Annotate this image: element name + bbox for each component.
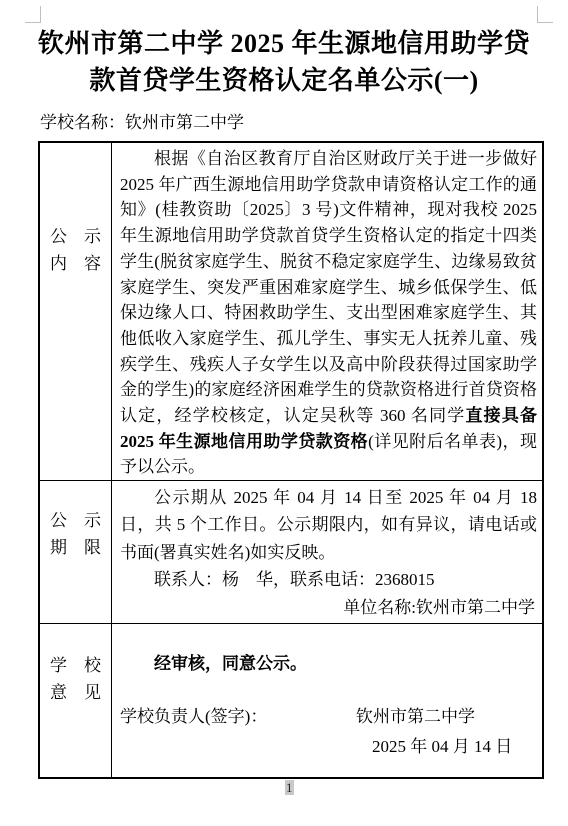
- notice-period-paragraph: 公示期从 2025 年 04 月 14 日至 2025 年 04 月 18 日，…: [120, 481, 537, 566]
- contact-line: 联系人：杨 华，联系电话：2368015: [120, 566, 537, 593]
- unit-name-line: 单位名称:钦州市第二中学: [120, 593, 537, 622]
- signature-label: 学校负责人(签字)：: [120, 707, 267, 726]
- row-label-line: 内 容: [40, 250, 111, 277]
- row-label-line: 公 示: [40, 223, 111, 250]
- table-row-notice-content: 公 示 内 容 根据《自治区教育厅自治区财政厅关于进一步做好 2025 年广西生…: [39, 142, 543, 481]
- page-number-field: 1: [285, 780, 294, 795]
- margin-crop-mark-top-left: [25, 6, 41, 23]
- notice-table: 公 示 内 容 根据《自治区教育厅自治区财政厅关于进一步做好 2025 年广西生…: [38, 141, 544, 779]
- notice-content-paragraph: 根据《自治区教育厅自治区财政厅关于进一步做好 2025 年广西生源地信用助学贷款…: [120, 143, 537, 480]
- notice-content-cell: 根据《自治区教育厅自治区财政厅关于进一步做好 2025 年广西生源地信用助学贷款…: [112, 142, 544, 481]
- row-label-notice-period: 公 示 期 限: [39, 481, 112, 624]
- notice-period-cell: 公示期从 2025 年 04 月 14 日至 2025 年 04 月 18 日，…: [112, 481, 544, 624]
- row-label-notice-content: 公 示 内 容: [39, 142, 112, 481]
- row-label-line: 公 示: [40, 507, 111, 534]
- row-label-school-opinion: 学 校 意 见: [39, 624, 112, 778]
- notice-content-text: 根据《自治区教育厅自治区财政厅关于进一步做好 2025 年广西生源地信用助学贷款…: [120, 149, 537, 425]
- row-label-line: 期 限: [40, 534, 111, 561]
- row-label-line: 学 校: [40, 652, 111, 679]
- margin-crop-mark-top-right: [537, 6, 553, 23]
- signature-line: 学校负责人(签字)： 钦州市第二中学: [120, 706, 537, 728]
- table-row-notice-period: 公 示 期 限 公示期从 2025 年 04 月 14 日至 2025 年 04…: [39, 481, 543, 624]
- row-label-line: 意 见: [40, 679, 111, 706]
- page-title: 钦州市第二中学 2025 年生源地信用助学贷款首贷学生资格认定名单公示(一): [34, 25, 534, 99]
- opinion-statement: 经审核，同意公示。: [120, 653, 537, 675]
- signing-school-name: 钦州市第二中学: [356, 706, 475, 728]
- school-name-line: 学校名称：钦州市第二中学: [40, 111, 568, 134]
- signature-date: 2025 年 04 月 14 日: [120, 736, 537, 758]
- school-opinion-cell: 经审核，同意公示。 学校负责人(签字)： 钦州市第二中学 2025 年 04 月…: [112, 624, 544, 778]
- table-row-school-opinion: 学 校 意 见 经审核，同意公示。 学校负责人(签字)： 钦州市第二中学 202…: [39, 624, 543, 778]
